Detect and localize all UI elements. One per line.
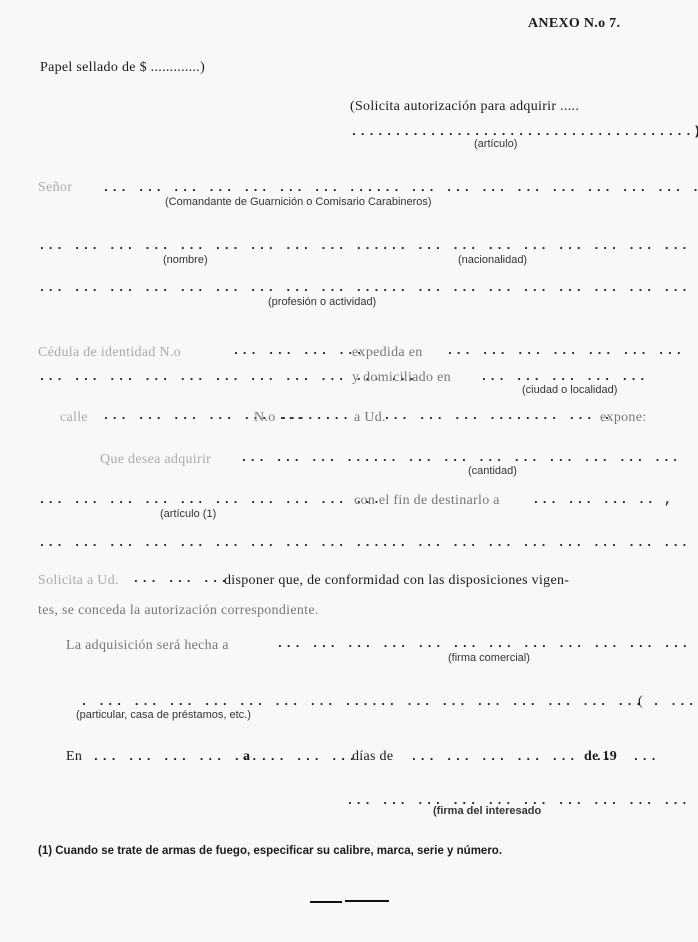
full-dotted-line: ... ... ... ... ... ... ... ... ... ....… — [38, 535, 698, 550]
domicile-text: y domiciliado en — [352, 370, 451, 386]
date-de-year: de 19 — [584, 749, 617, 765]
addressee-prefix: Señor — [38, 180, 72, 196]
street-to: a Ud. — [354, 410, 386, 426]
street-no-dots: ........ — [280, 408, 350, 423]
subject-label: (artículo) — [474, 138, 517, 150]
id-line-dots: ... ... ... ... — [232, 343, 364, 358]
date-dots-2: ... ... ... — [260, 749, 357, 764]
closing-rule-left — [310, 901, 342, 903]
street-dots-2: ... ... ... ........ ... . — [383, 408, 612, 423]
wish-prefix: Que desea adquirir — [100, 452, 211, 468]
wish-dots: ... ... ... ...... ... ... ... ... ... .… — [240, 450, 680, 465]
acquisition-prefix: La adquisición será hecha a — [66, 638, 229, 654]
purpose-dots-2: ... ... ... .. , — [532, 492, 673, 507]
id-line-prefix: Cédula de identidad N.o — [38, 345, 181, 361]
request-prefix: Solicita a Ud. — [38, 573, 119, 589]
stamp-paper-field: Papel sellado de $ .............) — [40, 60, 205, 76]
id-line-text: expedida en — [352, 345, 423, 361]
wish-label: (cantidad) — [468, 465, 517, 477]
date-a: a — [243, 749, 250, 765]
seller-label: (particular, casa de préstamos, etc.) — [76, 709, 251, 721]
street-no: N.o — [254, 410, 276, 426]
request-dots: ... ... ... — [132, 571, 229, 586]
date-dots-3: ... ... ... ... ... ... — [410, 749, 612, 764]
closing-rule-right — [345, 900, 389, 902]
seller-paren: ( — [638, 694, 643, 710]
acquisition-dots: ... ... ... ... ... ... ... ... ... ... … — [276, 636, 698, 651]
addressee-dots: ... ... ... ... ... ... ... ...... ... .… — [102, 180, 698, 195]
domicile-dots-2: ... ... ... ... ... — [480, 369, 647, 384]
acquisition-label: (firma comercial) — [448, 652, 530, 664]
profession-label: (profesión o actividad) — [268, 296, 376, 308]
signature-label: (firma del interesado — [433, 805, 541, 817]
purpose-dots: ... ... ... ... ... ... ... ... ... ... — [38, 492, 381, 507]
purpose-label: (artículo (1) — [160, 508, 216, 520]
subject-line-1: (Solicita autorización para adquirir ...… — [350, 99, 579, 115]
date-en: En — [66, 749, 82, 765]
purpose-text: con el fin de destinarlo a — [354, 493, 500, 509]
name-dots: ... ... ... ... ... ... ... ... ... ....… — [38, 238, 698, 253]
nationality-label: (nacionalidad) — [458, 254, 527, 266]
street-expone: expone: — [600, 410, 646, 426]
subject-line-2: .......................................) — [350, 124, 698, 139]
date-dots-1: ... ... ... ... ... — [92, 749, 259, 764]
name-label: (nombre) — [163, 254, 208, 266]
footnote: (1) Cuando se trate de armas de fuego, e… — [38, 845, 502, 857]
date-dias: días de — [352, 749, 393, 765]
street-prefix: calle — [60, 410, 88, 426]
seller-dots: . ... ... ... ... ... ... ... ...... ...… — [80, 694, 696, 709]
annex-title: ANEXO N.o 7. — [528, 16, 620, 32]
addressee-label: (Comandante de Guarnición o Comisario Ca… — [165, 196, 432, 208]
domicile-label: (ciudad o localidad) — [522, 384, 617, 396]
id-line-dots-2: ... ... ... ... ... ... ... — [446, 343, 684, 358]
date-dots-4: ... — [632, 749, 658, 764]
request-text-2: tes, se conceda la autorización correspo… — [38, 603, 319, 619]
request-text: disponer que, de conformidad con las dis… — [224, 573, 569, 589]
profession-dots: ... ... ... ... ... ... ... ... ... ....… — [38, 280, 698, 295]
